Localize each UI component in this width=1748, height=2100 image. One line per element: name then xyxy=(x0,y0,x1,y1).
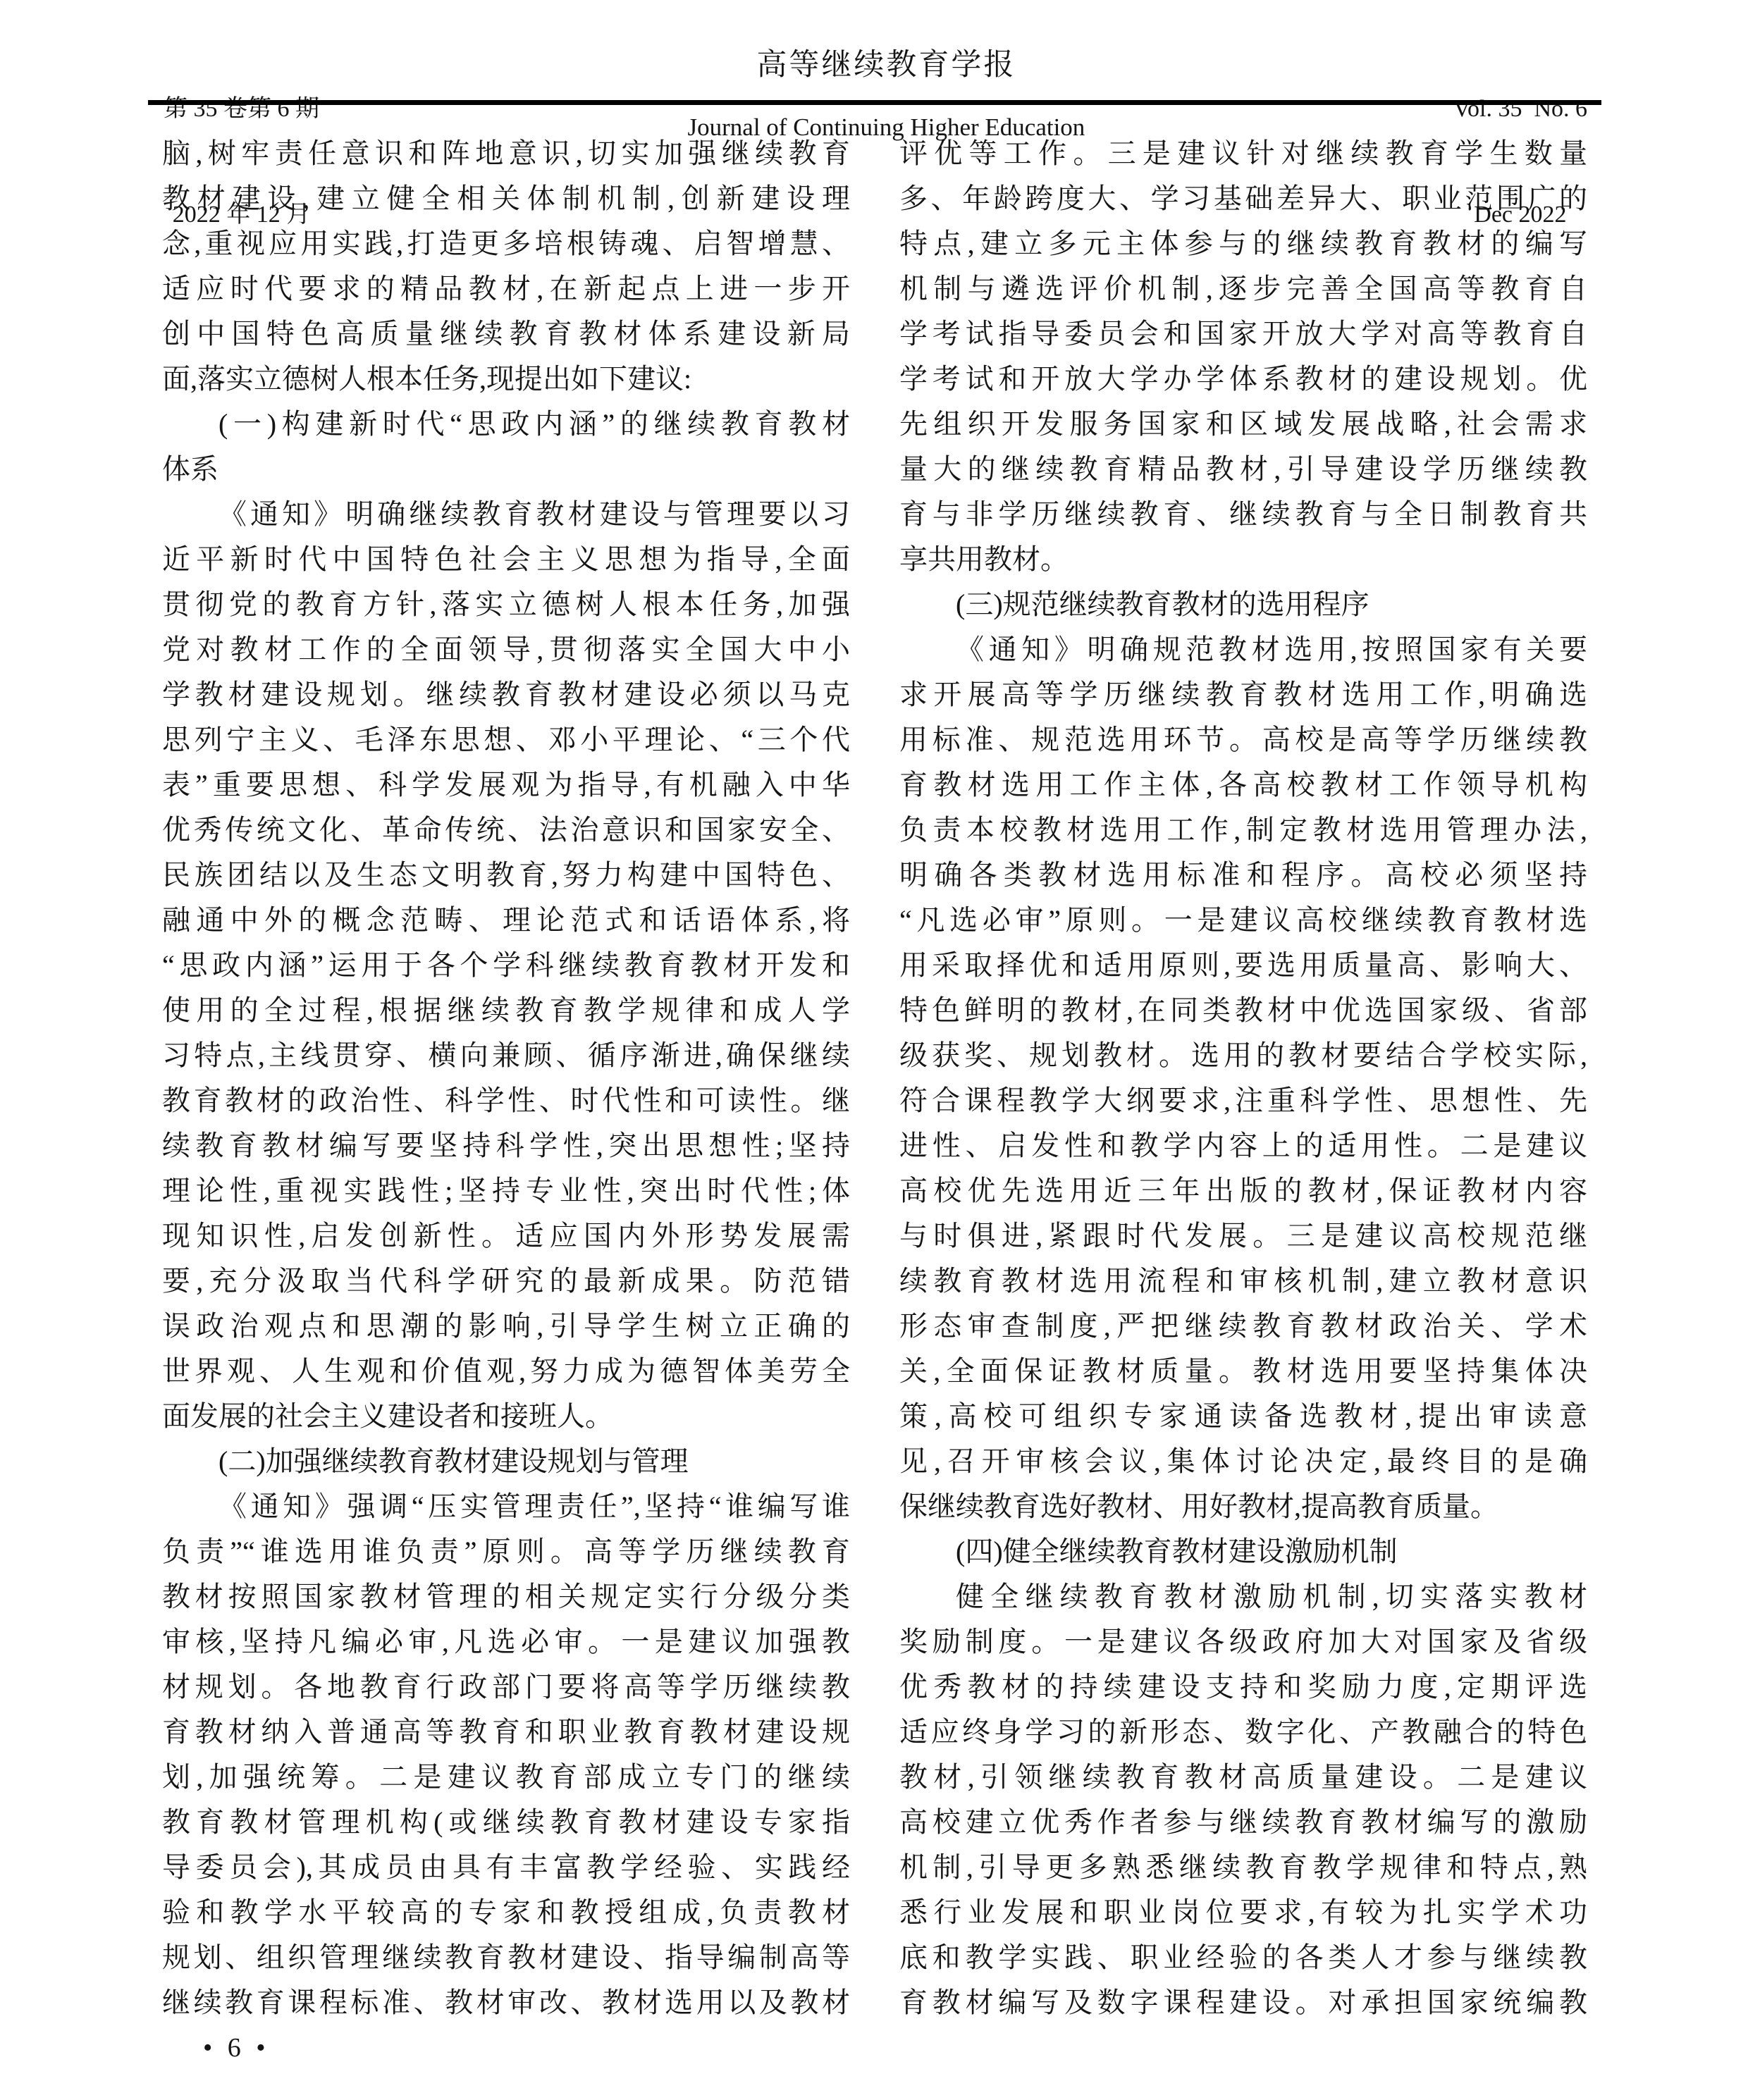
text-line: 体系 xyxy=(162,447,850,492)
text-line: 面发展的社会主义建设者和接班人。 xyxy=(162,1394,850,1439)
header-divider-rule xyxy=(148,100,1601,105)
text-line: 评优等工作。三是建议针对继续教育学生数量 xyxy=(899,131,1587,176)
text-line: (四)健全继续教育教材建设激励机制 xyxy=(899,1529,1587,1574)
text-line: 党对教材工作的全面领导,贯彻落实全国大中小 xyxy=(162,627,850,672)
text-line: 学考试指导委员会和国家开放大学对高等教育自 xyxy=(899,311,1587,357)
text-line: 民族团结以及生态文明教育,努力构建中国特色、 xyxy=(162,853,850,898)
text-line: 特色鲜明的教材,在同类教材中优选国家级、省部 xyxy=(899,988,1587,1033)
text-line: 教材,引领继续教育教材高质量建设。二是建议 xyxy=(899,1755,1587,1800)
journal-page: 第 35 卷第 6 期 2022 年 12 月 高等继续教育学报 Journal… xyxy=(0,0,1748,2100)
text-line: 育教材选用工作主体,各高校教材工作领导机构 xyxy=(899,762,1587,808)
page-number: • 6 • xyxy=(203,2033,270,2063)
text-line: (二)加强继续教育教材建设规划与管理 xyxy=(162,1439,850,1484)
text-line: 学考试和开放大学办学体系教材的建设规划。优 xyxy=(899,357,1587,402)
text-line: 高校优先选用近三年出版的教材,保证教材内容 xyxy=(899,1168,1587,1213)
text-line: 进性、启发性和教学内容上的适用性。二是建议 xyxy=(899,1123,1587,1168)
text-line: 材规划。各地教育行政部门要将高等学历继续教 xyxy=(162,1664,850,1710)
text-line: 享共用教材。 xyxy=(899,537,1587,582)
text-line: 负责本校教材选用工作,制定教材选用管理办法, xyxy=(899,808,1587,853)
text-line: 符合课程教学大纲要求,注重科学性、思想性、先 xyxy=(899,1078,1587,1123)
text-line: (一)构建新时代“思政内涵”的继续教育教材 xyxy=(162,402,850,447)
text-line: 高校建立优秀作者参与继续教育教材编写的激励 xyxy=(899,1800,1587,1845)
text-line: 导委员会),其成员由具有丰富教学经验、实践经 xyxy=(162,1845,850,1890)
text-line: 审核,坚持凡编必审,凡选必审。一是建议加强教 xyxy=(162,1619,850,1664)
text-line: 《通知》明确继续教育教材建设与管理要以习 xyxy=(162,492,850,537)
text-line: 特点,建立多元主体参与的继续教育教材的编写 xyxy=(899,221,1587,266)
text-line: (三)规范继续教育教材的选用程序 xyxy=(899,582,1587,627)
text-line: 育教材编写及数字课程建设。对承担国家统编教 xyxy=(899,1980,1587,2025)
text-line: 求开展高等学历继续教育教材选用工作,明确选 xyxy=(899,672,1587,717)
text-line: 教育教材管理机构(或继续教育教材建设专家指 xyxy=(162,1800,850,1845)
text-line: 误政治观点和思潮的影响,引导学生树立正确的 xyxy=(162,1304,850,1349)
text-line: 负责”“谁选用谁负责”原则。高等学历继续教育 xyxy=(162,1529,850,1574)
text-line: 育与非学历继续教育、继续教育与全日制教育共 xyxy=(899,492,1587,537)
text-line: 机制,引导更多熟悉继续教育教学规律和特点,熟 xyxy=(899,1845,1587,1890)
text-line: 要,充分汲取当代科学研究的最新成果。防范错 xyxy=(162,1259,850,1304)
text-line: 《通知》强调“压实管理责任”,坚持“谁编写谁 xyxy=(162,1484,850,1529)
text-line: 见,召开审核会议,集体讨论决定,最终目的是确 xyxy=(899,1439,1587,1484)
text-line: 量大的继续教育精品教材,引导建设学历继续教 xyxy=(899,447,1587,492)
text-line: 《通知》明确规范教材选用,按照国家有关要 xyxy=(899,627,1587,672)
text-line: 表”重要思想、科学发展观为指导,有机融入中华 xyxy=(162,762,850,808)
text-line: 续教育教材选用流程和审核机制,建立教材意识 xyxy=(899,1259,1587,1304)
text-line: 面,落实立德树人根本任务,现提出如下建议: xyxy=(162,357,850,402)
text-line: 适应终身学习的新形态、数字化、产教融合的特色 xyxy=(899,1710,1587,1755)
text-column-left: 脑,树牢责任意识和阵地意识,切实加强继续教育教材建设,建立健全相关体制机制,创新… xyxy=(162,131,850,2025)
text-line: 划,加强统筹。二是建议教育部成立专门的继续 xyxy=(162,1755,850,1800)
page-footer: • 6 • xyxy=(203,2032,270,2063)
text-line: 脑,树牢责任意识和阵地意识,切实加强继续教育 xyxy=(162,131,850,176)
text-line: 贯彻党的教育方针,落实立德树人根本任务,加强 xyxy=(162,582,850,627)
text-line: 学教材建设规划。继续教育教材建设必须以马克 xyxy=(162,672,850,717)
text-line: 世界观、人生观和价值观,努力成为德智体美劳全 xyxy=(162,1349,850,1394)
text-line: 策,高校可组织专家通读备选教材,提出审读意 xyxy=(899,1394,1587,1439)
text-line: 用采取择优和适用原则,要选用质量高、影响大、 xyxy=(899,943,1587,988)
text-line: 融通中外的概念范畴、理论范式和话语体系,将 xyxy=(162,898,850,943)
text-line: 适应时代要求的精品教材,在新起点上进一步开 xyxy=(162,266,850,311)
text-line: 教育教材的政治性、科学性、时代性和可读性。继 xyxy=(162,1078,850,1123)
text-line: 验和教学水平较高的专家和教授组成,负责教材 xyxy=(162,1890,850,1935)
text-line: 现知识性,启发创新性。适应国内外形势发展需 xyxy=(162,1213,850,1259)
text-line: 使用的全过程,根据继续教育教学规律和成人学 xyxy=(162,988,850,1033)
text-line: 继续教育课程标准、教材审改、教材选用以及教材 xyxy=(162,1980,850,2025)
text-line: 教材按照国家教材管理的相关规定实行分级分类 xyxy=(162,1574,850,1619)
text-line: 用标准、规范选用环节。高校是高等学历继续教 xyxy=(899,717,1587,762)
text-line: 形态审查制度,严把继续教育教材政治关、学术 xyxy=(899,1304,1587,1349)
journal-title-zh: 高等继续教育学报 xyxy=(688,47,1085,85)
text-line: 育教材纳入普通高等教育和职业教育教材建设规 xyxy=(162,1710,850,1755)
text-line: 奖励制度。一是建议各级政府加大对国家及省级 xyxy=(899,1619,1587,1664)
text-line: 习特点,主线贯穿、横向兼顾、循序渐进,确保继续 xyxy=(162,1033,850,1078)
text-line: 思列宁主义、毛泽东思想、邓小平理论、“三个代 xyxy=(162,717,850,762)
text-line: 优秀教材的持续建设支持和奖励力度,定期评选 xyxy=(899,1664,1587,1710)
volume-number-line: Vol. 35 No. 6 xyxy=(1453,92,1587,127)
text-line: 先组织开发服务国家和区域发展战略,社会需求 xyxy=(899,402,1587,447)
text-line: 优秀传统文化、革命传统、法治意识和国家安全、 xyxy=(162,808,850,853)
text-line: 底和教学实践、职业经验的各类人才参与继续教 xyxy=(899,1935,1587,1980)
text-line: 续教育教材编写要坚持科学性,突出思想性;坚持 xyxy=(162,1123,850,1168)
text-line: “思政内涵”运用于各个学科继续教育教材开发和 xyxy=(162,943,850,988)
text-line: 健全继续教育教材激励机制,切实落实教材 xyxy=(899,1574,1587,1619)
text-line: 近平新时代中国特色社会主义思想为指导,全面 xyxy=(162,537,850,582)
text-line: 悉行业发展和职业岗位要求,有较为扎实学术功 xyxy=(899,1890,1587,1935)
text-line: 创中国特色高质量继续教育教材体系建设新局 xyxy=(162,311,850,357)
text-line: 理论性,重视实践性;坚持专业性,突出时代性;体 xyxy=(162,1168,850,1213)
text-line: 与时俱进,紧跟时代发展。三是建议高校规范继 xyxy=(899,1213,1587,1259)
text-line: 保继续教育选好教材、用好教材,提高教育质量。 xyxy=(899,1484,1587,1529)
text-line: 关,全面保证教材质量。教材选用要坚持集体决 xyxy=(899,1349,1587,1394)
text-line: 教材建设,建立健全相关体制机制,创新建设理 xyxy=(162,176,850,221)
text-line: 多、年龄跨度大、学习基础差异大、职业范围广的 xyxy=(899,176,1587,221)
text-line: “凡选必审”原则。一是建议高校继续教育教材选 xyxy=(899,898,1587,943)
text-line: 念,重视应用实践,打造更多培根铸魂、启智增慧、 xyxy=(162,221,850,266)
issue-volume-line: 第 35 卷第 6 期 xyxy=(164,92,319,127)
text-line: 规划、组织管理继续教育教材建设、指导编制高等 xyxy=(162,1935,850,1980)
text-line: 级获奖、规划教材。选用的教材要结合学校实际, xyxy=(899,1033,1587,1078)
text-line: 机制与遴选评价机制,逐步完善全国高等教育自 xyxy=(899,266,1587,311)
text-line: 明确各类教材选用标准和程序。高校必须坚持 xyxy=(899,853,1587,898)
text-column-right: 评优等工作。三是建议针对继续教育学生数量多、年龄跨度大、学习基础差异大、职业范围… xyxy=(899,131,1587,2025)
